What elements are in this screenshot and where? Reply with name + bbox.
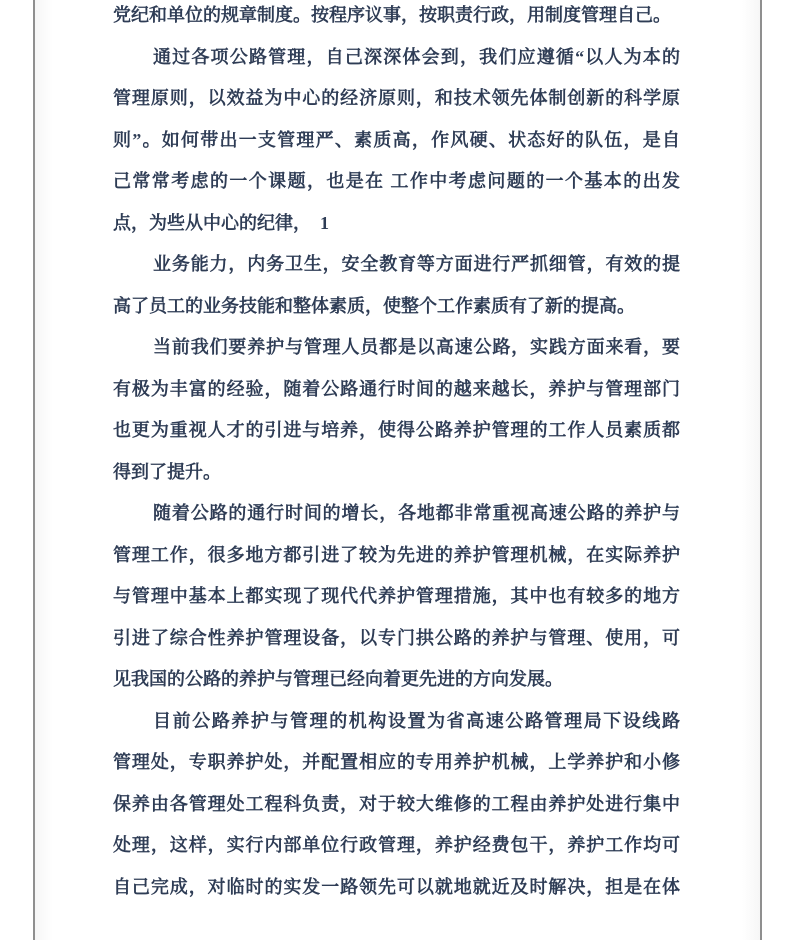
text-line: 管理原则，以效益为中心的经济原则，和技术领先体制创新的科学原 bbox=[113, 78, 680, 120]
text-line: 自己完成，对临时的实发一路领先可以就地就近及时解决，担是在体 bbox=[113, 867, 680, 909]
text-line: 管理处，专职养护处，并配置相应的专用养护机械，上学养护和小修 bbox=[113, 742, 680, 784]
text-line: 也更为重视人才的引进与培养，使得公路养护管理的工作人员素质都 bbox=[113, 410, 680, 452]
text-line: 业务能力，内务卫生，安全教育等方面进行严抓细管，有效的提 bbox=[113, 244, 680, 286]
text-line: 有极为丰富的经验，随着公路通行时间的越来越长，养护与管理部门 bbox=[113, 369, 680, 411]
text-line: 通过各项公路管理，自己深深体会到，我们应遵循“以人为本的 bbox=[113, 37, 680, 79]
text-line: 得到了提升。 bbox=[113, 452, 680, 494]
paragraph: 业务能力，内务卫生，安全教育等方面进行严抓细管，有效的提高了员工的业务技能和整体… bbox=[113, 244, 680, 327]
text-line: 高了员工的业务技能和整体素质，使整个工作素质有了新的提高。 bbox=[113, 286, 680, 328]
document-page: 党纪和单位的规章制度。按程序议事，按职责行政，用制度管理自己。通过各项公路管理，… bbox=[0, 0, 794, 940]
text-line: 则”。如何带出一支管理严、素质高，作风硬、状态好的队伍，是自 bbox=[113, 120, 680, 162]
text-line: 见我国的公路的养护与管理已经向着更先进的方向发展。 bbox=[113, 659, 680, 701]
page-border-right bbox=[760, 0, 762, 940]
text-line: 随着公路的通行时间的增长，各地都非常重视高速公路的养护与 bbox=[113, 493, 680, 535]
document-text: 党纪和单位的规章制度。按程序议事，按职责行政，用制度管理自己。通过各项公路管理，… bbox=[113, 0, 680, 908]
text-line: 点，为些从中心的纪律， 1 bbox=[113, 203, 680, 245]
text-line: 目前公路养护与管理的机构设置为省高速公路管理局下设线路 bbox=[113, 701, 680, 743]
text-line: 与管理中基本上都实现了现代代养护管理措施，其中也有较多的地方 bbox=[113, 576, 680, 618]
paragraph: 随着公路的通行时间的增长，各地都非常重视高速公路的养护与管理工作，很多地方都引进… bbox=[113, 493, 680, 701]
text-line: 管理工作，很多地方都引进了较为先进的养护管理机械，在实际养护 bbox=[113, 535, 680, 577]
text-line: 保养由各管理处工程科负责，对于较大维修的工程由养护处进行集中 bbox=[113, 784, 680, 826]
paragraph: 通过各项公路管理，自己深深体会到，我们应遵循“以人为本的管理原则，以效益为中心的… bbox=[113, 37, 680, 245]
paragraph: 党纪和单位的规章制度。按程序议事，按职责行政，用制度管理自己。 bbox=[113, 0, 680, 37]
text-line: 己常常考虑的一个课题，也是在 工作中考虑问题的一个基本的出发 bbox=[113, 161, 680, 203]
text-line: 处理，这样，实行内部单位行政管理，养护经费包干，养护工作均可 bbox=[113, 825, 680, 867]
page-edge-shade-right bbox=[742, 0, 760, 940]
text-line: 引进了综合性养护管理设备，以专门拱公路的养护与管理、使用，可 bbox=[113, 618, 680, 660]
text-line: 党纪和单位的规章制度。按程序议事，按职责行政，用制度管理自己。 bbox=[113, 0, 680, 37]
text-line: 当前我们要养护与管理人员都是以高速公路，实践方面来看，要 bbox=[113, 327, 680, 369]
page-border-left bbox=[33, 0, 35, 940]
page-edge-shade-left bbox=[35, 0, 53, 940]
paragraph: 当前我们要养护与管理人员都是以高速公路，实践方面来看，要有极为丰富的经验，随着公… bbox=[113, 327, 680, 493]
paragraph: 目前公路养护与管理的机构设置为省高速公路管理局下设线路管理处，专职养护处，并配置… bbox=[113, 701, 680, 909]
